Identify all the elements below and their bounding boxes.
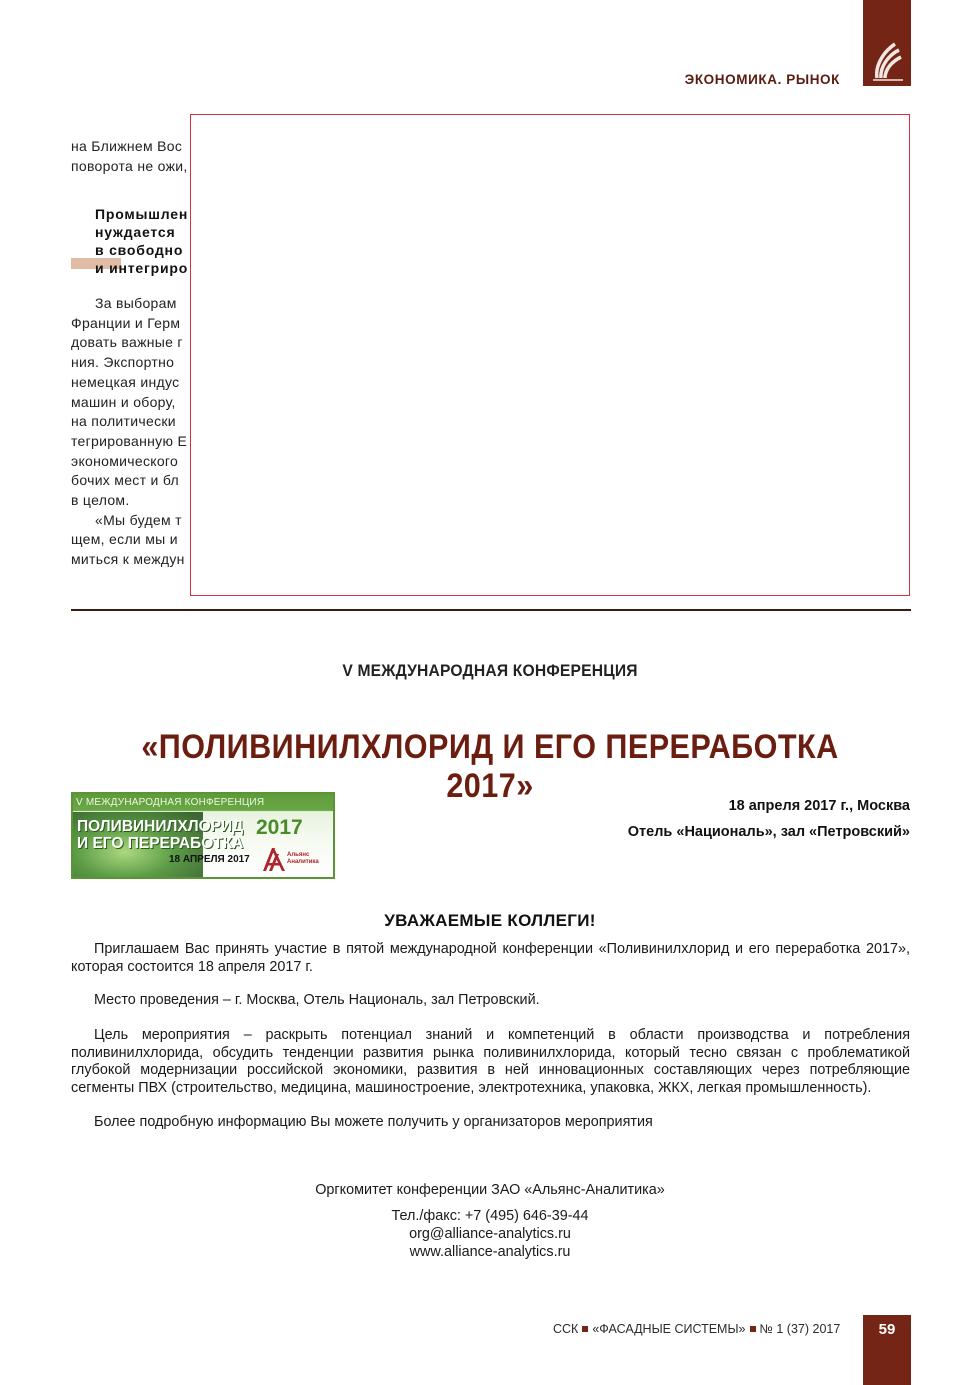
organizer-phone: Тел./факс: +7 (495) 646-39-44 bbox=[0, 1208, 980, 1224]
article-line: щем, если мы и bbox=[71, 530, 196, 550]
article-line: экономического bbox=[71, 452, 196, 472]
pull-quote-line: Промышлен bbox=[95, 205, 195, 223]
footer-issue: № 1 (37) 2017 bbox=[760, 1322, 841, 1336]
organizer-website-link[interactable]: www.alliance-analytics.ru bbox=[0, 1244, 980, 1260]
banner-title-line1: ПОЛИВИНИЛХЛОРИД bbox=[77, 818, 243, 836]
paragraph-text: Место проведения – г. Москва, Отель Наци… bbox=[94, 992, 540, 1008]
article-line: бочих мест и бл bbox=[71, 471, 196, 491]
organizer-email-link[interactable]: org@alliance-analytics.ru bbox=[0, 1226, 980, 1242]
header-tab bbox=[863, 0, 911, 86]
venue-paragraph: Место проведения – г. Москва, Отель Наци… bbox=[71, 992, 910, 1010]
article-line: ния. Экспортно bbox=[71, 353, 196, 373]
square-separator-icon bbox=[750, 1326, 756, 1332]
article-line: на политически bbox=[71, 412, 196, 432]
banner-subtitle: V МЕЖДУНАРОДНАЯ КОНФЕРЕНЦИЯ bbox=[76, 797, 264, 808]
goal-paragraph: Цель мероприятия – раскрыть потенциал зн… bbox=[71, 1027, 910, 1097]
article-line: «Мы будем т bbox=[71, 511, 196, 531]
pull-quote-line: и интегриро bbox=[95, 259, 195, 277]
banner-logo-text-line: Альянс bbox=[287, 852, 319, 859]
pull-quote: Промышлен нуждается в свободно и интегри… bbox=[95, 205, 195, 277]
section-divider bbox=[71, 609, 911, 611]
article-line: в целом. bbox=[71, 491, 196, 511]
article-line: Франции и Герм bbox=[71, 314, 196, 334]
event-venue: Отель «Националь», зал «Петровский» bbox=[520, 824, 910, 840]
footer-magazine: «ФАСАДНЫЕ СИСТЕМЫ» bbox=[592, 1322, 745, 1336]
article-line: довать важные г bbox=[71, 333, 196, 353]
square-separator-icon bbox=[582, 1326, 588, 1332]
pull-quote-line: в свободно bbox=[95, 241, 195, 259]
article-line: на Ближнем Вос bbox=[71, 137, 196, 157]
event-date-location: 18 апреля 2017 г., Москва bbox=[560, 798, 910, 814]
article-line: немецкая индус bbox=[71, 373, 196, 393]
article-line: поворота не ожи, bbox=[71, 157, 196, 177]
article-column-body: За выборам Франции и Герм довать важные … bbox=[71, 294, 196, 570]
paragraph-text: Приглашаем Вас принять участие в пятой м… bbox=[71, 941, 910, 975]
banner-logo-text: Альянс Аналитика bbox=[287, 852, 319, 866]
pull-quote-line: нуждается bbox=[95, 223, 195, 241]
banner-title-line2: И ЕГО ПЕРЕРАБОТКА bbox=[77, 835, 243, 853]
alliance-analytics-logo-icon bbox=[261, 846, 287, 872]
section-title: ЭКОНОМИКА. РЫНОК bbox=[600, 72, 840, 87]
invitation-paragraph: Приглашаем Вас принять участие в пятой м… bbox=[71, 941, 910, 976]
magazine-logo-icon bbox=[869, 38, 905, 82]
footer-publication-info: ССК«ФАСАДНЫЕ СИСТЕМЫ»№ 1 (37) 2017 bbox=[553, 1322, 840, 1336]
page-number: 59 bbox=[863, 1321, 911, 1338]
page-number-tab: 59 bbox=[863, 1315, 911, 1385]
empty-content-frame bbox=[190, 114, 910, 596]
banner-date: 18 АПРЕЛЯ 2017 bbox=[169, 854, 250, 865]
footer-publisher: ССК bbox=[553, 1322, 578, 1336]
info-paragraph: Более подробную информацию Вы можете пол… bbox=[71, 1114, 910, 1132]
conference-banner: V МЕЖДУНАРОДНАЯ КОНФЕРЕНЦИЯ ПОЛИВИНИЛХЛО… bbox=[71, 792, 335, 879]
greeting-heading: УВАЖАЕМЫЕ КОЛЛЕГИ! bbox=[0, 911, 980, 931]
banner-logo-text-line: Аналитика bbox=[287, 859, 319, 866]
article-line: машин и обору, bbox=[71, 393, 196, 413]
article-line: миться к междун bbox=[71, 550, 196, 570]
banner-year: 2017 bbox=[256, 816, 303, 840]
organizer-name: Оргкомитет конференции ЗАО «Альянс-Анали… bbox=[0, 1182, 980, 1198]
article-line: тегрированную Е bbox=[71, 432, 196, 452]
paragraph-text: Цель мероприятия – раскрыть потенциал зн… bbox=[71, 1027, 910, 1096]
paragraph-text: Более подробную информацию Вы можете пол… bbox=[94, 1114, 653, 1130]
conference-subtitle: V МЕЖДУНАРОДНАЯ КОНФЕРЕНЦИЯ bbox=[39, 661, 941, 681]
article-line: За выборам bbox=[71, 294, 196, 314]
article-column-top: на Ближнем Вос поворота не ожи, bbox=[71, 137, 196, 176]
